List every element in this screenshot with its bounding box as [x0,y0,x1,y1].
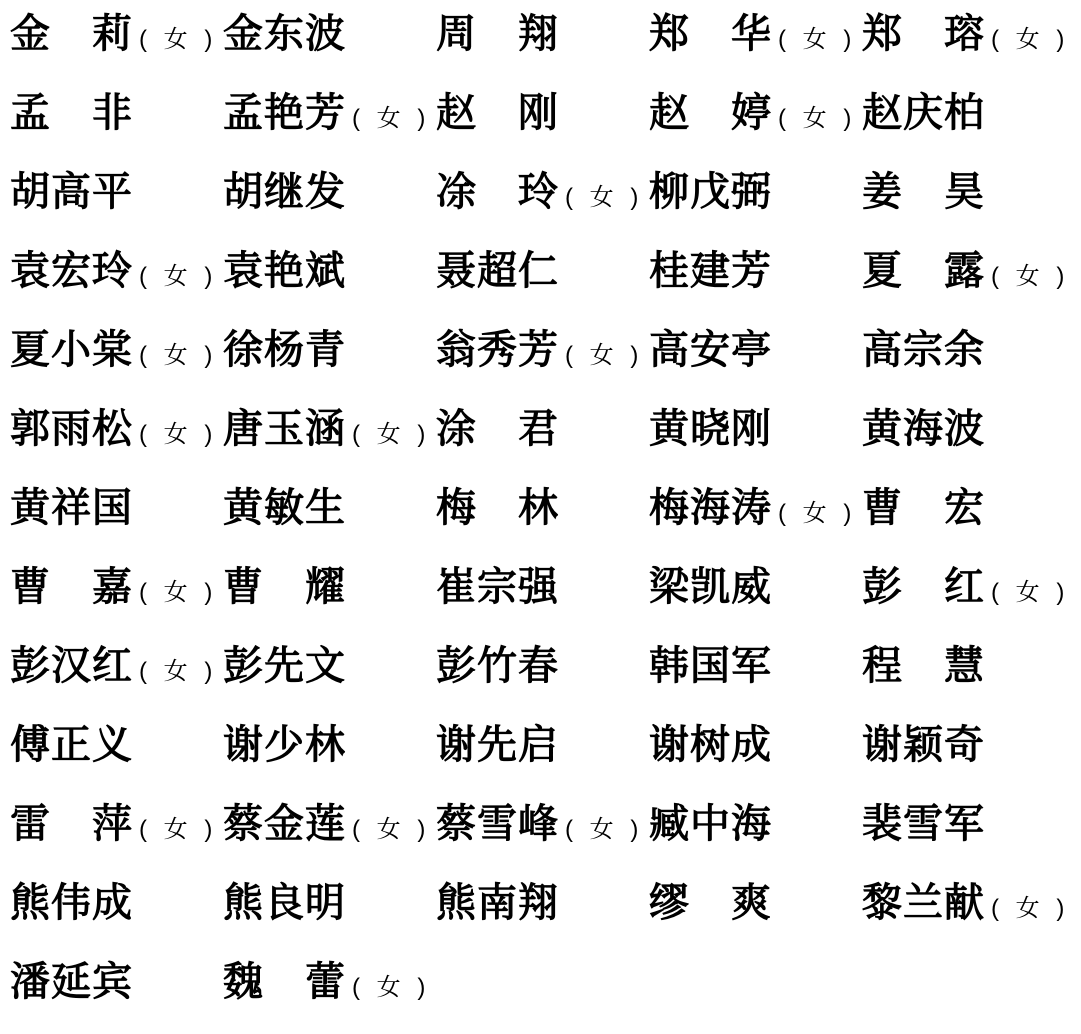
name-char: 柳 [649,170,689,214]
name-char: 夏 [862,249,902,293]
name-char: 奇 [944,723,984,767]
name-char: 庆 [903,91,943,135]
name-char: 海 [690,486,730,530]
name-char: 胡 [10,170,50,214]
person-name: 金东波 [223,12,345,56]
person-cell: 缪爽 [649,881,862,925]
name-char: 崔 [436,565,476,609]
person-cell: 徐杨青 [223,328,436,372]
name-char: 高 [51,170,91,214]
person-cell: 曹宏 [862,486,1075,530]
name-char: 翔 [518,881,558,925]
name-char: 爽 [731,881,771,925]
person-name: 孟非 [10,91,132,135]
female-marker: ( 女 ) [565,186,643,210]
person-cell: 臧中海 [649,802,862,846]
female-marker: ( 女 ) [991,581,1069,605]
person-cell: 柳戊弼 [649,170,862,214]
person-cell: 郭雨松( 女 ) [10,407,223,451]
name-char: 魏 [223,960,263,1004]
name-char: 金 [223,12,263,56]
name-char: 建 [690,249,730,293]
name-char: 柏 [944,91,984,135]
person-name: 韩国军 [649,644,771,688]
person-cell: 蔡雪峰( 女 ) [436,802,649,846]
person-cell: 彭红( 女 ) [862,565,1075,609]
person-name: 涂君 [436,407,558,451]
name-char: 棠 [92,328,132,372]
female-marker: ( 女 ) [139,344,217,368]
name-char: 玉 [264,407,304,451]
name-char: 弼 [731,170,771,214]
person-cell: 聂超仁 [436,249,649,293]
person-cell: 夏小棠( 女 ) [10,328,223,372]
person-name: 谢少林 [223,723,345,767]
roster-row: 胡高平胡继发凃玲( 女 )柳戊弼姜昊 [10,170,1075,249]
name-char: 红 [92,644,132,688]
person-cell: 夏露( 女 ) [862,249,1075,293]
person-name: 熊南翔 [436,881,558,925]
name-char: 桂 [649,249,689,293]
person-name: 袁艳斌 [223,249,345,293]
person-name: 徐杨青 [223,328,345,372]
name-char: 延 [51,960,91,1004]
name-char: 郑 [862,12,902,56]
name-char: 威 [731,565,771,609]
person-cell: 黄祥国 [10,486,223,530]
name-char: 树 [690,723,730,767]
name-char: 宗 [477,565,517,609]
name-char: 潘 [10,960,50,1004]
person-name: 裴雪军 [862,802,984,846]
person-cell: 谢树成 [649,723,862,767]
name-char: 仁 [518,249,558,293]
name-roster-page: 金莉( 女 )金东波周翔郑华( 女 )郑瑢( 女 )孟非孟艳芳( 女 )赵刚赵婷… [0,0,1081,1034]
name-char: 姜 [862,170,902,214]
person-cell: 周翔 [436,12,649,56]
name-char: 君 [518,407,558,451]
name-char: 峰 [518,802,558,846]
name-char: 汉 [51,644,91,688]
name-char: 继 [264,170,304,214]
person-cell: 曹嘉( 女 ) [10,565,223,609]
person-cell: 崔宗强 [436,565,649,609]
name-char: 余 [944,328,984,372]
name-char: 波 [944,407,984,451]
name-char: 彭 [10,644,50,688]
person-name: 孟艳芳 [223,91,345,135]
female-marker: ( 女 ) [565,818,643,842]
person-name: 熊伟成 [10,881,132,925]
person-name: 翁秀芳 [436,328,558,372]
name-char: 杨 [264,328,304,372]
person-name: 崔宗强 [436,565,558,609]
name-char: 谢 [862,723,902,767]
name-char: 梅 [649,486,689,530]
name-char: 义 [92,723,132,767]
name-char: 刚 [731,407,771,451]
name-char: 黎 [862,881,902,925]
person-name: 魏蕾 [223,960,345,1004]
person-name: 凃玲 [436,170,558,214]
name-char: 夏 [10,328,50,372]
person-cell: 涂君 [436,407,649,451]
female-marker: ( 女 ) [565,344,643,368]
name-char: 裴 [862,802,902,846]
person-name: 赵婷 [649,91,771,135]
person-cell: 谢先启 [436,723,649,767]
name-char: 昊 [944,170,984,214]
name-char: 春 [518,644,558,688]
person-name: 缪爽 [649,881,771,925]
name-char: 翁 [436,328,476,372]
person-cell: 彭先文 [223,644,436,688]
person-name: 黄祥国 [10,486,132,530]
name-char: 臧 [649,802,689,846]
person-cell: 翁秀芳( 女 ) [436,328,649,372]
name-char: 青 [305,328,345,372]
person-name: 梅海涛 [649,486,771,530]
person-cell: 蔡金莲( 女 ) [223,802,436,846]
name-char: 松 [92,407,132,451]
name-char: 雪 [903,802,943,846]
person-name: 梅林 [436,486,558,530]
name-char: 南 [477,881,517,925]
person-name: 熊良明 [223,881,345,925]
female-marker: ( 女 ) [778,107,856,131]
roster-row: 孟非孟艳芳( 女 )赵刚赵婷( 女 )赵庆柏 [10,91,1075,170]
name-char: 孟 [10,91,50,135]
person-cell: 曹耀 [223,565,436,609]
female-marker: ( 女 ) [139,818,217,842]
person-cell: 郑华( 女 ) [649,12,862,56]
name-char: 婷 [731,91,771,135]
person-cell: 梁凯威 [649,565,862,609]
person-cell: 孟艳芳( 女 ) [223,91,436,135]
person-name: 谢树成 [649,723,771,767]
name-char: 波 [305,12,345,56]
name-char: 海 [731,802,771,846]
female-marker: ( 女 ) [139,265,217,289]
person-cell: 彭汉红( 女 ) [10,644,223,688]
person-cell: 袁艳斌 [223,249,436,293]
name-roster: 金莉( 女 )金东波周翔郑华( 女 )郑瑢( 女 )孟非孟艳芳( 女 )赵刚赵婷… [10,12,1075,1034]
person-cell: 魏蕾( 女 ) [223,960,436,1004]
name-char: 艳 [264,91,304,135]
name-char: 赵 [862,91,902,135]
person-name: 谢先启 [436,723,558,767]
roster-row: 雷萍( 女 )蔡金莲( 女 )蔡雪峰( 女 )臧中海裴雪军 [10,802,1075,881]
person-name: 蔡金莲 [223,802,345,846]
roster-row: 金莉( 女 )金东波周翔郑华( 女 )郑瑢( 女 ) [10,12,1075,91]
name-char: 缪 [649,881,689,925]
name-char: 竹 [477,644,517,688]
name-char: 敏 [264,486,304,530]
name-char: 明 [305,881,345,925]
person-cell: 赵刚 [436,91,649,135]
name-char: 露 [944,249,984,293]
name-char: 胡 [223,170,263,214]
person-name: 赵刚 [436,91,558,135]
person-name: 姜昊 [862,170,984,214]
name-char: 耀 [305,565,345,609]
name-char: 宗 [903,328,943,372]
name-char: 少 [264,723,304,767]
person-cell: 胡继发 [223,170,436,214]
person-cell: 傅正义 [10,723,223,767]
name-char: 高 [862,328,902,372]
name-char: 梅 [436,486,476,530]
name-char: 曹 [10,565,50,609]
name-char: 正 [51,723,91,767]
person-cell: 黄敏生 [223,486,436,530]
name-char: 发 [305,170,345,214]
name-char: 曹 [862,486,902,530]
person-cell: 赵庆柏 [862,91,1075,135]
person-name: 高宗余 [862,328,984,372]
name-char: 良 [264,881,304,925]
person-name: 胡高平 [10,170,132,214]
person-cell: 黄晓刚 [649,407,862,451]
person-name: 雷萍 [10,802,132,846]
name-char: 启 [518,723,558,767]
name-char: 瑢 [944,12,984,56]
person-cell: 高宗余 [862,328,1075,372]
roster-row: 黄祥国黄敏生梅林梅海涛( 女 )曹宏 [10,486,1075,565]
person-cell: 桂建芳 [649,249,862,293]
name-char: 雨 [51,407,91,451]
name-char: 谢 [649,723,689,767]
name-char: 慧 [944,644,984,688]
female-marker: ( 女 ) [991,265,1069,289]
name-char: 国 [92,486,132,530]
person-cell: 胡高平 [10,170,223,214]
name-char: 郭 [10,407,50,451]
name-char: 黄 [862,407,902,451]
person-cell: 郑瑢( 女 ) [862,12,1075,56]
name-char: 蔡 [436,802,476,846]
name-char: 莲 [305,802,345,846]
person-name: 周翔 [436,12,558,56]
name-char: 莉 [92,12,132,56]
name-char: 献 [944,881,984,925]
person-cell: 程慧 [862,644,1075,688]
name-char: 高 [649,328,689,372]
person-name: 袁宏玲 [10,249,132,293]
name-char: 安 [690,328,730,372]
name-char: 芳 [305,91,345,135]
female-marker: ( 女 ) [352,976,430,1000]
name-char: 凯 [690,565,730,609]
person-cell: 梅海涛( 女 ) [649,486,862,530]
name-char: 涂 [436,407,476,451]
person-name: 彭竹春 [436,644,558,688]
name-char: 赵 [649,91,689,135]
name-char: 徐 [223,328,263,372]
person-cell: 裴雪军 [862,802,1075,846]
name-char: 雷 [10,802,50,846]
person-name: 聂超仁 [436,249,558,293]
roster-row: 夏小棠( 女 )徐杨青翁秀芳( 女 )高安亭高宗余 [10,328,1075,407]
female-marker: ( 女 ) [991,897,1069,921]
person-cell: 金莉( 女 ) [10,12,223,56]
name-char: 小 [51,328,91,372]
person-name: 夏露 [862,249,984,293]
name-char: 黄 [10,486,50,530]
person-name: 蔡雪峰 [436,802,558,846]
name-char: 非 [92,91,132,135]
name-char: 金 [10,12,50,56]
person-cell: 雷萍( 女 ) [10,802,223,846]
roster-row: 曹嘉( 女 )曹耀崔宗强梁凯威彭红( 女 ) [10,565,1075,644]
person-cell: 凃玲( 女 ) [436,170,649,214]
name-char: 玲 [518,170,558,214]
name-char: 林 [518,486,558,530]
name-char: 海 [903,407,943,451]
name-char: 晓 [690,407,730,451]
female-marker: ( 女 ) [352,107,430,131]
name-char: 宾 [92,960,132,1004]
name-char: 先 [264,644,304,688]
name-char: 成 [92,881,132,925]
name-char: 颖 [903,723,943,767]
person-cell: 高安亭 [649,328,862,372]
person-cell: 熊伟成 [10,881,223,925]
name-char: 强 [518,565,558,609]
person-name: 曹嘉 [10,565,132,609]
name-char: 芳 [731,249,771,293]
person-name: 郭雨松 [10,407,132,451]
name-char: 东 [264,12,304,56]
person-cell: 谢颖奇 [862,723,1075,767]
name-char: 祥 [51,486,91,530]
name-char: 戊 [690,170,730,214]
female-marker: ( 女 ) [139,423,217,447]
person-name: 彭汉红 [10,644,132,688]
person-name: 黎兰献 [862,881,984,925]
name-char: 芳 [518,328,558,372]
name-char: 秀 [477,328,517,372]
name-char: 斌 [305,249,345,293]
person-name: 梁凯威 [649,565,771,609]
person-name: 潘延宾 [10,960,132,1004]
person-name: 黄晓刚 [649,407,771,451]
name-char: 宏 [944,486,984,530]
person-cell: 熊南翔 [436,881,649,925]
name-char: 聂 [436,249,476,293]
name-char: 文 [305,644,345,688]
name-char: 涵 [305,407,345,451]
female-marker: ( 女 ) [991,28,1069,52]
name-char: 雪 [477,802,517,846]
name-char: 蔡 [223,802,263,846]
name-char: 国 [690,644,730,688]
person-cell: 黄海波 [862,407,1075,451]
female-marker: ( 女 ) [352,423,430,447]
name-char: 军 [944,802,984,846]
name-char: 熊 [10,881,50,925]
female-marker: ( 女 ) [352,818,430,842]
name-char: 唐 [223,407,263,451]
person-cell: 潘延宾 [10,960,223,1004]
name-char: 谢 [436,723,476,767]
name-char: 萍 [92,802,132,846]
name-char: 赵 [436,91,476,135]
name-char: 金 [264,802,304,846]
female-marker: ( 女 ) [139,28,217,52]
female-marker: ( 女 ) [139,660,217,684]
roster-row: 袁宏玲( 女 )袁艳斌聂超仁桂建芳夏露( 女 ) [10,249,1075,328]
name-char: 成 [731,723,771,767]
name-char: 先 [477,723,517,767]
person-name: 彭红 [862,565,984,609]
name-char: 黄 [649,407,689,451]
name-char: 华 [731,12,771,56]
person-cell: 谢少林 [223,723,436,767]
name-char: 韩 [649,644,689,688]
name-char: 袁 [223,249,263,293]
person-name: 桂建芳 [649,249,771,293]
person-cell: 梅林 [436,486,649,530]
person-cell: 孟非 [10,91,223,135]
name-char: 彭 [223,644,263,688]
person-name: 彭先文 [223,644,345,688]
roster-row: 潘延宾魏蕾( 女 ) [10,960,1075,1034]
roster-row: 熊伟成熊良明熊南翔缪爽黎兰献( 女 ) [10,881,1075,960]
roster-row: 傅正义谢少林谢先启谢树成谢颖奇 [10,723,1075,802]
person-name: 金莉 [10,12,132,56]
name-char: 凃 [436,170,476,214]
name-char: 生 [305,486,345,530]
person-name: 柳戊弼 [649,170,771,214]
person-name: 胡继发 [223,170,345,214]
name-char: 中 [690,802,730,846]
name-char: 林 [305,723,345,767]
name-char: 涛 [731,486,771,530]
name-char: 嘉 [92,565,132,609]
name-char: 程 [862,644,902,688]
person-name: 曹耀 [223,565,345,609]
person-cell: 姜昊 [862,170,1075,214]
person-name: 程慧 [862,644,984,688]
name-char: 彭 [436,644,476,688]
name-char: 玲 [92,249,132,293]
name-char: 超 [477,249,517,293]
person-cell: 金东波 [223,12,436,56]
person-name: 黄海波 [862,407,984,451]
name-char: 傅 [10,723,50,767]
name-char: 伟 [51,881,91,925]
person-name: 傅正义 [10,723,132,767]
name-char: 谢 [223,723,263,767]
person-cell: 熊良明 [223,881,436,925]
person-name: 曹宏 [862,486,984,530]
name-char: 郑 [649,12,689,56]
name-char: 周 [436,12,476,56]
female-marker: ( 女 ) [778,28,856,52]
female-marker: ( 女 ) [778,502,856,526]
name-char: 曹 [223,565,263,609]
name-char: 红 [944,565,984,609]
person-cell: 袁宏玲( 女 ) [10,249,223,293]
person-cell: 唐玉涵( 女 ) [223,407,436,451]
person-name: 唐玉涵 [223,407,345,451]
female-marker: ( 女 ) [139,581,217,605]
name-char: 蕾 [305,960,345,1004]
name-char: 军 [731,644,771,688]
person-name: 夏小棠 [10,328,132,372]
roster-row: 郭雨松( 女 )唐玉涵( 女 )涂君黄晓刚黄海波 [10,407,1075,486]
